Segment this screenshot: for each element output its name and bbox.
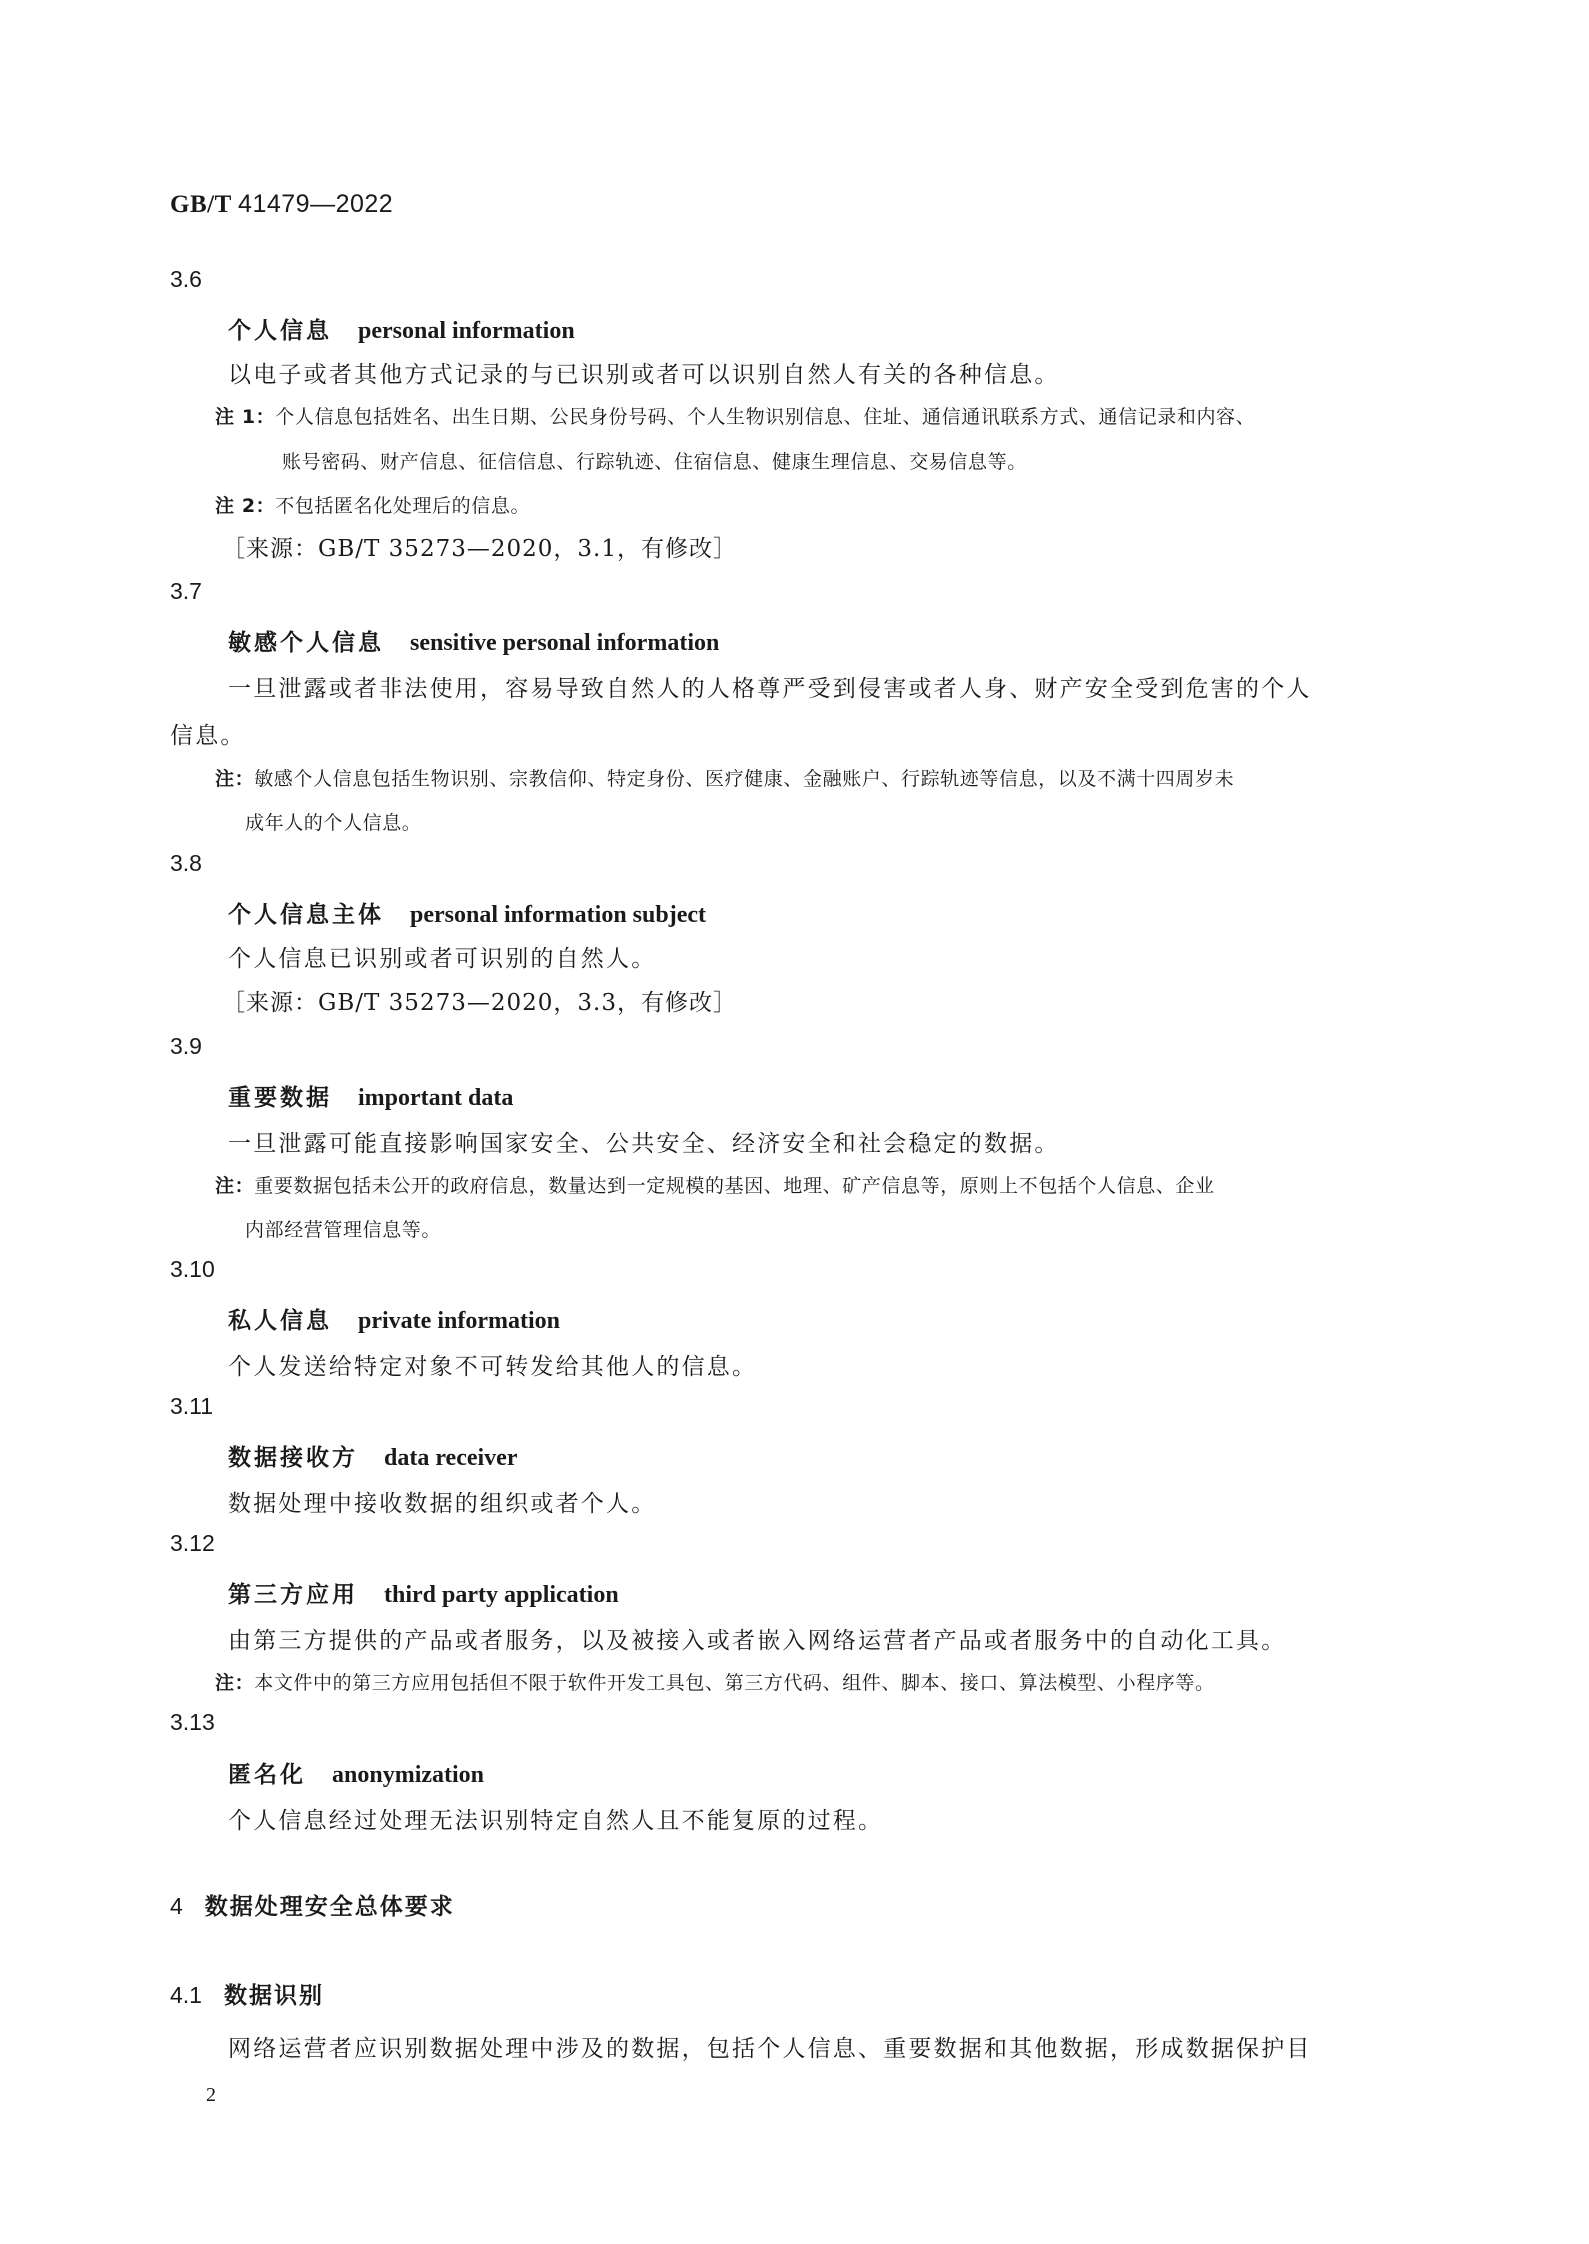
note-label: 注： [215, 768, 254, 790]
term-number: 3.11 [170, 1393, 213, 1420]
page-number: 2 [206, 2084, 216, 2107]
term-definition: 一旦泄露或者非法使用，容易导致自然人的人格尊严受到侵害或者人身、财产安全受到危害… [228, 670, 1312, 703]
term-title: 匿名化anonymization [228, 1756, 484, 1789]
term-title: 敏感个人信息sensitive personal information [228, 624, 719, 657]
term-number: 3.8 [170, 850, 202, 877]
term-title: 数据接收方data receiver [228, 1439, 518, 1472]
term-title-en: data receiver [384, 1445, 518, 1471]
section-number: 4 [170, 1893, 183, 1919]
term-title: 重要数据important data [228, 1079, 513, 1112]
term-title-en: important data [358, 1085, 513, 1111]
term-title: 个人信息主体personal information subject [228, 896, 706, 929]
note-text: 重要数据包括未公开的政府信息，数量达到一定规模的基因、地理、矿产信息等，原则上不… [254, 1175, 1214, 1197]
term-title-en: third party application [384, 1582, 619, 1608]
term-number: 3.6 [170, 266, 202, 293]
note-continuation: 成年人的个人信息。 [245, 808, 421, 835]
term-definition: 以电子或者其他方式记录的与已识别或者可以识别自然人有关的各种信息。 [228, 356, 1060, 389]
subsection-title: 数据识别 [224, 1983, 324, 2009]
term-title-zh: 重要数据 [228, 1085, 332, 1111]
term-definition: 数据处理中接收数据的组织或者个人。 [228, 1485, 656, 1518]
term-definition-continuation: 信息。 [170, 717, 246, 750]
term-title-zh: 个人信息主体 [228, 902, 384, 928]
term-title-en: anonymization [332, 1762, 484, 1788]
note-label: 注 2： [215, 495, 275, 517]
section-heading: 4数据处理安全总体要求 [170, 1888, 455, 1921]
note: 注 1：个人信息包括姓名、出生日期、公民身份号码、个人生物识别信息、住址、通信通… [215, 402, 1255, 429]
subsection-number: 4.1 [170, 1982, 202, 2008]
section-title: 数据处理安全总体要求 [205, 1894, 455, 1920]
term-title-zh: 个人信息 [228, 318, 332, 344]
term-title-en: private information [358, 1308, 560, 1334]
source-citation: ［来源：GB/T 35273—2020，3.1，有修改］ [222, 530, 737, 563]
doc-number: 41479—2022 [238, 190, 393, 218]
note-label: 注 1： [215, 406, 275, 428]
term-title-zh: 敏感个人信息 [228, 630, 384, 656]
term-title-en: personal information subject [410, 902, 706, 928]
term-definition: 个人信息已识别或者可识别的自然人。 [228, 940, 656, 973]
note-text: 不包括匿名化处理后的信息。 [275, 495, 530, 517]
paragraph: 网络运营者应识别数据处理中涉及的数据，包括个人信息、重要数据和其他数据，形成数据… [228, 2030, 1312, 2063]
note: 注：本文件中的第三方应用包括但不限于软件开发工具包、第三方代码、组件、脚本、接口… [215, 1668, 1215, 1695]
term-number: 3.10 [170, 1256, 215, 1283]
term-definition: 由第三方提供的产品或者服务，以及被接入或者嵌入网络运营者产品或者服务中的自动化工… [228, 1622, 1286, 1655]
term-number: 3.7 [170, 578, 202, 605]
note-text: 本文件中的第三方应用包括但不限于软件开发工具包、第三方代码、组件、脚本、接口、算… [254, 1672, 1214, 1694]
term-title-zh: 第三方应用 [228, 1582, 358, 1608]
note: 注：敏感个人信息包括生物识别、宗教信仰、特定身份、医疗健康、金融账户、行踪轨迹等… [215, 764, 1234, 791]
term-number: 3.9 [170, 1033, 202, 1060]
term-title-en: personal information [358, 318, 575, 344]
term-number: 3.13 [170, 1709, 215, 1736]
term-title: 第三方应用third party application [228, 1576, 619, 1609]
term-number: 3.12 [170, 1530, 215, 1557]
note-continuation: 账号密码、财产信息、征信信息、行踪轨迹、住宿信息、健康生理信息、交易信息等。 [282, 447, 1027, 474]
subsection-heading: 4.1数据识别 [170, 1977, 324, 2010]
note: 注 2：不包括匿名化处理后的信息。 [215, 491, 530, 518]
note-text: 敏感个人信息包括生物识别、宗教信仰、特定身份、医疗健康、金融账户、行踪轨迹等信息… [254, 768, 1234, 790]
term-title: 私人信息private information [228, 1302, 560, 1335]
note-label: 注： [215, 1672, 254, 1694]
note: 注：重要数据包括未公开的政府信息，数量达到一定规模的基因、地理、矿产信息等，原则… [215, 1171, 1215, 1198]
term-title-en: sensitive personal information [410, 630, 719, 656]
term-title-zh: 数据接收方 [228, 1445, 358, 1471]
note-continuation: 内部经营管理信息等。 [245, 1215, 441, 1242]
note-label: 注： [215, 1175, 254, 1197]
note-text: 个人信息包括姓名、出生日期、公民身份号码、个人生物识别信息、住址、通信通讯联系方… [275, 406, 1255, 428]
term-title-zh: 私人信息 [228, 1308, 332, 1334]
term-title: 个人信息personal information [228, 312, 575, 345]
source-citation: ［来源：GB/T 35273—2020，3.3，有修改］ [222, 984, 737, 1017]
term-title-zh: 匿名化 [228, 1762, 306, 1788]
term-definition: 个人发送给特定对象不可转发给其他人的信息。 [228, 1348, 757, 1381]
document-id: GB/T 41479—2022 [170, 190, 393, 219]
term-definition: 一旦泄露可能直接影响国家安全、公共安全、经济安全和社会稳定的数据。 [228, 1125, 1060, 1158]
term-definition: 个人信息经过处理无法识别特定自然人且不能复原的过程。 [228, 1802, 883, 1835]
doc-prefix: GB/T [170, 191, 231, 218]
